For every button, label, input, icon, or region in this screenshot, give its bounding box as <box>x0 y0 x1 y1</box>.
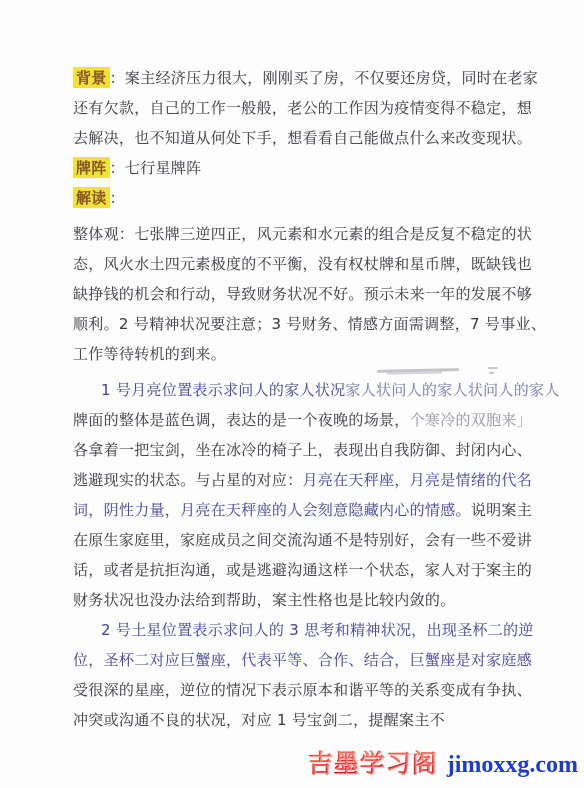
text-line: 牌面的整体是蓝色调，表达的是一个夜晚的场景，个寒冷的双胞来」 <box>73 405 535 435</box>
text-segment: 。说明案主 <box>456 501 533 519</box>
text-line: 2 号土星位置表示求问人的 3 思考和精神状况，出现圣杯二的逆 <box>73 615 535 645</box>
text-segment: 个寒冷的双胞来」 <box>410 411 532 429</box>
text-segment: ：案主经济压力很大，刚刚买了房，不仅要还房贷，同时在老家 <box>110 69 538 87</box>
text-segment: 牌面的整体是蓝色调，表达的是一个夜晚的场景， <box>73 411 410 429</box>
text-line: 话，或者是抗拒沟通，或是逃避沟通这样一个状态，家人对于案主的 <box>73 555 535 585</box>
text-line: 整体观：七张牌三逆四正，风元素和水元素的组合是反复不稳定的状 <box>73 219 535 249</box>
highlight-label: 牌阵 <box>73 157 110 178</box>
text-segment: 2 号土星位置表示求问人的 3 思考和精神状况，出现圣杯二的逆 <box>101 621 534 639</box>
watermark: 吉墨学习阁 jimoxxg.com <box>308 744 578 780</box>
text-segment: 逃避现实的状态。与占星的对应： <box>73 471 303 489</box>
text-line: 顺利。2 号精神状况要注意；3 号财务、情感方面需调整，7 号事业、 <box>73 309 535 339</box>
text-segment: 家人状问人的家人状问人的家人 <box>345 381 559 399</box>
text-line: 解读： <box>73 183 535 213</box>
highlight-label: 解读 <box>73 187 110 208</box>
highlight-label: 背景 <box>73 67 110 88</box>
text-segment: 话，或者是抗拒沟通，或是逃避沟通这样一个状态，家人对于案主的 <box>73 561 532 579</box>
text-line: 各拿着一把宝剑，坐在冰冷的椅子上，表现出自我防御、封闭内心、 <box>73 435 535 465</box>
site-url: jimoxxg.com <box>447 752 578 779</box>
text-segment: ：七行星牌阵 <box>110 159 202 177</box>
text-segment: 词，阴性力量，月亮在天秤座的人会刻意隐藏内心的情感 <box>73 501 456 519</box>
text-line: 缺挣钱的机会和行动，导致财务状况不好。预示未来一年的发展不够 <box>73 279 535 309</box>
text-segment: 冲突或沟通不良的状况，对应 1 号宝剑二，提醒案主不 <box>73 711 445 729</box>
text-line: 还有欠款，自己的工作一般般，老公的工作因为疫情变得不稳定，想 <box>73 93 535 123</box>
text-line: 位，圣杯二对应巨蟹座，代表平等、合作、结合，巨蟹座是对家庭感 <box>73 645 535 675</box>
text-line: 词，阴性力量，月亮在天秤座的人会刻意隐藏内心的情感。说明案主 <box>73 495 535 525</box>
text-line: 冲突或沟通不良的状况，对应 1 号宝剑二，提醒案主不 <box>73 705 535 735</box>
text-segment: 顺利。2 号精神状况要注意；3 号财务、情感方面需调整，7 号事业、 <box>73 315 546 333</box>
text-line: 受很深的星座，逆位的情况下表示原本和谐平等的关系变成有争执、 <box>73 675 535 705</box>
text-line: 1 号月亮位置表示求问人的家人状况家人状问人的家人状问人的家人 <box>73 375 535 405</box>
text-segment: 去解决，也不知道从何处下手，想看看自己能做点什么来改变现状。 <box>73 129 532 147</box>
text-segment: 工作等待转机的到来。 <box>73 345 226 363</box>
document-body: 背景：案主经济压力很大，刚刚买了房，不仅要还房贷，同时在老家还有欠款，自己的工作… <box>73 63 535 735</box>
text-segment: 态，风火水土四元素极度的不平衡，没有权杖牌和星币牌，既缺钱也 <box>73 255 532 273</box>
text-segment: 受很深的星座，逆位的情况下表示原本和谐平等的关系变成有争执、 <box>73 681 532 699</box>
text-segment: 缺挣钱的机会和行动，导致财务状况不好。预示未来一年的发展不够 <box>73 285 532 303</box>
text-line: 背景：案主经济压力很大，刚刚买了房，不仅要还房贷，同时在老家 <box>73 63 535 93</box>
text-segment: 1 号月亮位置表示求问人的家人状况 <box>101 381 345 399</box>
smudge-dash <box>488 367 498 369</box>
text-line: 财务状况也没办法给到帮助，案主性格也是比较内敛的。 <box>73 585 535 615</box>
text-line: 去解决，也不知道从何处下手，想看看自己能做点什么来改变现状。 <box>73 123 535 153</box>
text-segment: 在原生家庭里，家庭成员之间交流沟通不是特别好，会有一些不爱讲 <box>73 531 532 549</box>
text-segment: ： <box>110 189 125 207</box>
document-page: 背景：案主经济压力很大，刚刚买了房，不仅要还房贷，同时在老家还有欠款，自己的工作… <box>0 0 584 788</box>
site-logo-text: 吉墨学习阁 <box>308 744 438 780</box>
text-line: 工作等待转机的到来。 <box>73 339 535 369</box>
text-segment: 财务状况也没办法给到帮助，案主性格也是比较内敛的。 <box>73 591 456 609</box>
text-line: 牌阵：七行星牌阵 <box>73 153 535 183</box>
text-line: 态，风火水土四元素极度的不平衡，没有权杖牌和星币牌，既缺钱也 <box>73 249 535 279</box>
text-segment: 位，圣杯二对应巨蟹座，代表平等、合作、结合，巨蟹座是对家庭感 <box>73 651 532 669</box>
text-segment: 各拿着一把宝剑，坐在冰冷的椅子上，表现出自我防御、封闭内心、 <box>73 441 532 459</box>
text-line: 在原生家庭里，家庭成员之间交流沟通不是特别好，会有一些不爱讲 <box>73 525 535 555</box>
text-segment: 月亮在天秤座，月亮是情绪的代名 <box>303 471 533 489</box>
text-segment: 还有欠款，自己的工作一般般，老公的工作因为疫情变得不稳定，想 <box>73 99 532 117</box>
text-segment: 整体观：七张牌三逆四正，风元素和水元素的组合是反复不稳定的状 <box>73 225 532 243</box>
smudge-dash <box>489 372 494 374</box>
text-line: 逃避现实的状态。与占星的对应：月亮在天秤座，月亮是情绪的代名 <box>73 465 535 495</box>
